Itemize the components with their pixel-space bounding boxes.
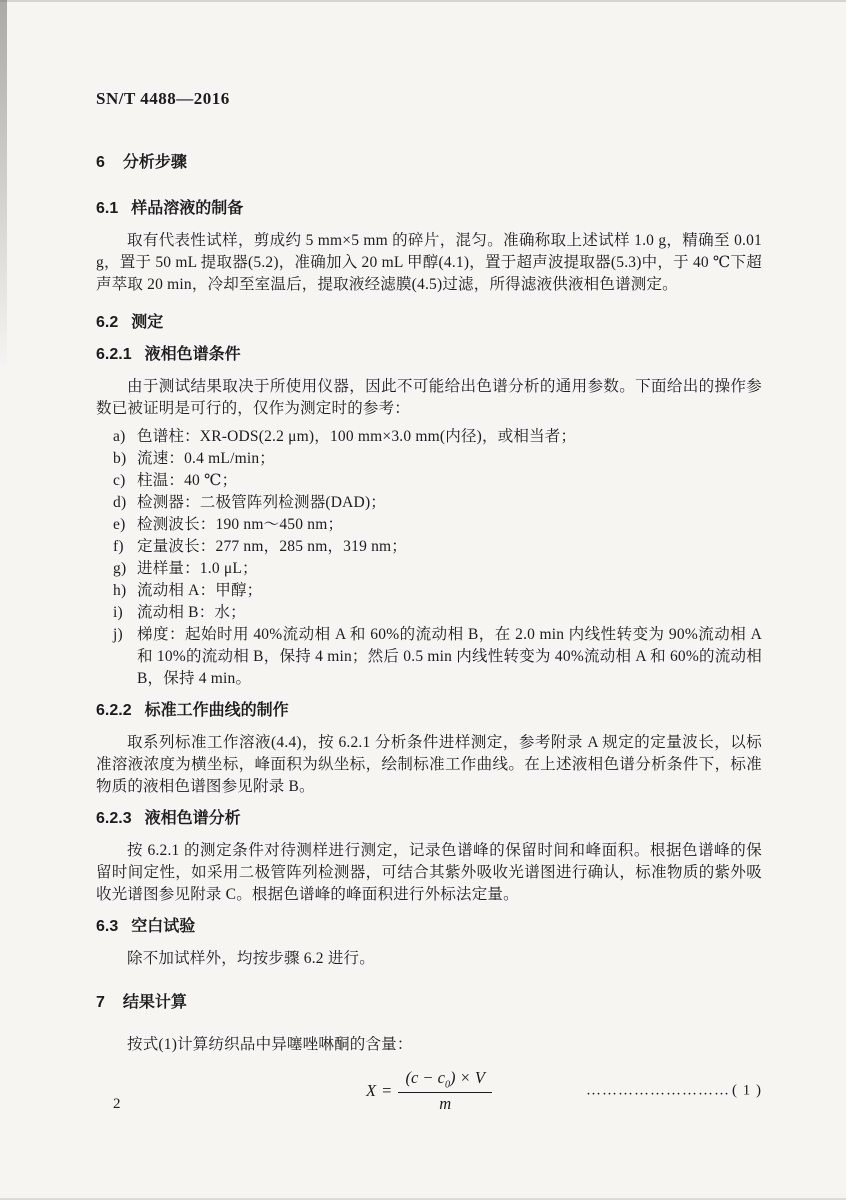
section-title: 样品溶液的制备 [131,200,243,217]
condition-item-h: h)流动相 A：甲醇； [96,580,762,602]
condition-item-c: c)柱温：40 ℃； [96,470,762,492]
chromatography-conditions-list: a)色谱柱：XR-ODS(2.2 μm)，100 mm×3.0 mm(内径)，或… [96,426,762,690]
section-title: 空白试验 [131,918,195,935]
item-label: c) [113,470,137,492]
condition-item-e: e)检测波长：190 nm～450 nm； [96,514,762,536]
item-label: a) [113,426,137,448]
numerator-suffix: ) × V [450,1068,485,1087]
section-number: 6.3 [96,918,118,935]
item-label: h) [113,580,137,602]
section-6-1-paragraph: 取有代表性试样，剪成约 5 mm×5 mm 的碎片，混匀。准确称取上述试样 1.… [96,230,762,296]
leader-dots: ……………………… [586,1083,730,1099]
item-label: j) [113,624,137,690]
section-number: 6.2.2 [96,702,132,719]
section-title: 液相色谱条件 [145,346,241,363]
section-6-1-heading: 6.1样品溶液的制备 [96,198,762,220]
formula-1: X = (c − c0) × V m ………………………( 1 ) [96,1066,762,1116]
item-text: 进样量：1.0 μL； [137,558,762,580]
page-number: 2 [113,1094,121,1114]
section-title: 分析步骤 [123,154,187,171]
section-number: 6.2 [96,314,118,331]
formula-expression: X = (c − c0) × V m [366,1068,492,1114]
condition-item-i: i)流动相 B：水； [96,602,762,624]
numerator-prefix: (c − c [405,1068,445,1087]
formula-dot-leader: ………………………( 1 ) [586,1083,762,1100]
section-number: 6.2.3 [96,810,132,827]
fraction-numerator: (c − c0) × V [398,1068,492,1093]
formula-variable-x: X [366,1081,376,1101]
item-label: b) [113,448,137,470]
item-label: g) [113,558,137,580]
item-text: 流速：0.4 mL/min； [137,448,762,470]
doc-code-header: SN/T 4488—2016 [96,88,762,110]
section-6-2-2-paragraph: 取系列标准工作溶液(4.4)，按 6.2.1 分析条件进样测定，参考附录 A 规… [96,732,762,798]
section-title: 液相色谱分析 [145,810,241,827]
section-6-2-1-paragraph: 由于测试结果取决于所使用仪器，因此不可能给出色谱分析的通用参数。下面给出的操作参… [96,376,762,420]
condition-item-f: f)定量波长：277 nm，285 nm，319 nm； [96,536,762,558]
section-6-heading: 6分析步骤 [96,152,762,174]
condition-item-g: g)进样量：1.0 μL； [96,558,762,580]
section-6-2-2-heading: 6.2.2标准工作曲线的制作 [96,700,762,722]
section-number: 6.2.1 [96,346,132,363]
section-6-2-3-heading: 6.2.3液相色谱分析 [96,808,762,830]
item-text: 检测器：二极管阵列检测器(DAD)； [137,492,762,514]
condition-item-j: j)梯度：起始时用 40%流动相 A 和 60%的流动相 B，在 2.0 min… [96,624,762,690]
item-label: f) [113,536,137,558]
section-6-2-1-heading: 6.2.1液相色谱条件 [96,344,762,366]
item-text: 定量波长：277 nm，285 nm，319 nm； [137,536,762,558]
condition-item-d: d)检测器：二极管阵列检测器(DAD)； [96,492,762,514]
equals-sign: = [382,1081,391,1101]
item-text: 检测波长：190 nm～450 nm； [137,514,762,536]
scanned-standard-page: { "theme": { "page_bg": "#f6f5f2", "text… [0,0,846,1200]
equation-number: ( 1 ) [732,1083,762,1099]
section-number: 7 [96,994,105,1011]
section-6-2-3-paragraph: 按 6.2.1 的测定条件对待测样进行测定，记录色谱峰的保留时间和峰面积。根据色… [96,840,762,906]
item-text: 梯度：起始时用 40%流动相 A 和 60%的流动相 B，在 2.0 min 内… [137,624,762,690]
section-title: 标准工作曲线的制作 [145,702,289,719]
fraction-denominator: m [398,1093,492,1114]
section-number: 6 [96,154,105,171]
section-title: 结果计算 [123,994,187,1011]
item-label: e) [113,514,137,536]
section-6-2-heading: 6.2测定 [96,312,762,334]
section-7-heading: 7结果计算 [96,992,762,1014]
section-number: 6.1 [96,200,118,217]
condition-item-a: a)色谱柱：XR-ODS(2.2 μm)，100 mm×3.0 mm(内径)，或… [96,426,762,448]
section-7-intro-paragraph: 按式(1)计算纺织品中异噻唑啉酮的含量： [96,1034,762,1056]
document-page: SN/T 4488—2016 6分析步骤 6.1样品溶液的制备 取有代表性试样，… [0,0,846,1200]
section-title: 测定 [131,314,163,331]
section-6-3-heading: 6.3空白试验 [96,916,762,938]
item-label: d) [113,492,137,514]
section-6-3-paragraph: 除不加试样外，均按步骤 6.2 进行。 [96,948,762,970]
item-text: 流动相 A：甲醇； [137,580,762,602]
condition-item-b: b)流速：0.4 mL/min； [96,448,762,470]
item-text: 色谱柱：XR-ODS(2.2 μm)，100 mm×3.0 mm(内径)，或相当… [137,426,762,448]
item-label: i) [113,602,137,624]
item-text: 流动相 B：水； [137,602,762,624]
formula-fraction: (c − c0) × V m [398,1068,492,1114]
item-text: 柱温：40 ℃； [137,470,762,492]
